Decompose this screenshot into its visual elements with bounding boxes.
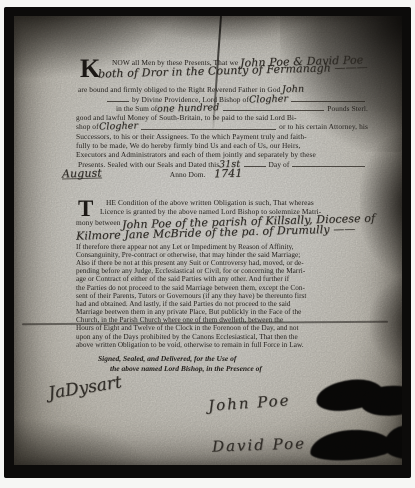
bond-line-7-print-2: or to his certain Attorney, his [279,122,368,131]
attestation-line-2: the above named Lord Bishop, in the Pres… [110,364,262,374]
age-stain-top [134,16,314,40]
bond-line-3-print: are bound and firmly obliged to the Righ… [78,85,280,94]
body-line: upon any of the Days prohibited by the C… [76,333,368,341]
pen-dash [223,110,325,111]
bond-line-7: shop of Clogher or to his certain Attorn… [76,122,368,131]
pen-dash [244,166,266,167]
bond-paragraph: K NOW all Men by these Presents, That we… [76,57,368,180]
pen-dash [292,166,365,167]
bond-line-11-print-2: Day of [269,160,290,169]
attestation-clause: Signed, Sealed, and Delivered, for the U… [98,354,262,373]
handwritten-month: August [62,168,102,179]
condition-line-1: HE Condition of the above written Obliga… [76,198,368,207]
body-line: sent of their Parents, Tutors or Governo… [76,292,368,300]
condition-paragraph: T HE Condition of the above written Obli… [76,198,368,349]
body-line: Church, in the Parish Church where one o… [76,316,368,324]
anno-dom-label: Anno Dom. [170,170,206,179]
bond-line-4: by Divine Providence, Lord Bishop of Clo… [76,95,368,104]
condition-line-3-print: mony between [76,218,121,227]
photo-black-frame: K NOW all Men by these Presents, That we… [4,7,411,478]
bond-line-8-print: Successors, to his or their Assignees. T… [76,132,307,141]
bond-line-5-print-2: Pounds Sterl. [327,104,368,113]
signature-john-poe: John Poe [207,391,291,415]
body-line: had and obtained. And lastly, if the sai… [76,300,368,308]
bond-line-5: in the Sum of one hundred Pounds Sterl. [76,104,368,113]
condition-body: If therefore there appear not any Let or… [76,243,368,349]
body-line: Hours of Eight and Twelve of the Clock i… [76,324,368,332]
bond-line-2: both of Dror in the County of Fermanagh … [76,66,368,77]
handwritten-diocese: Clogher [249,94,288,104]
bond-line-9-print: fully to be made, We do hereby firmly bi… [76,141,300,150]
bond-line-12: August Anno Dom. 1741 [76,169,368,180]
body-line: age or Contract of either of the said Pa… [76,275,368,283]
body-line: above written Obligation to be void, oth… [76,341,368,349]
body-line: Also if there be not at this present any… [76,259,368,267]
wax-seal-blob-upper [315,377,386,414]
handwritten-diocese-2: Clogher [99,122,138,132]
bond-line-7-print: shop of [76,122,99,131]
pen-dash [291,101,365,102]
bond-line-8: Successors, to his or their Assignees. T… [76,132,368,141]
condition-line-1-print: HE Condition of the above written Obliga… [106,198,314,207]
pen-dash [141,129,276,130]
attestation-line-1: Signed, Sealed, and Delivered, for the U… [98,354,262,364]
wax-seal-blob-lower [309,428,394,462]
photo-of-marriage-bond-document: K NOW all Men by these Presents, That we… [0,0,415,488]
witness-signature: JaDysart [47,372,123,403]
condition-line-4: Kilmore Jane McBride of the pa. of Drumu… [76,228,368,239]
signature-david-poe: David Poe [212,434,307,455]
bond-line-10-print: Executors and Administrators and each of… [76,150,316,159]
bond-line-5-print: in the Sum of [116,104,157,113]
bond-line-3: are bound and firmly obliged to the Righ… [76,85,368,94]
body-line: Marriage beetwen them in any private Pla… [76,308,368,316]
body-line: the Parties do not proceed to the said M… [76,284,368,292]
age-stain-bottom-left [14,419,152,465]
body-line: If therefore there appear not any Let or… [76,243,368,251]
bond-line-9: fully to be made, We do hereby firmly bi… [76,141,368,150]
body-line: pending before any Judge, Ecclesiastical… [76,267,368,275]
pen-dash [107,101,129,102]
age-stain-right-lower [370,278,402,368]
body-line: Consanguinity, Pre-contract or otherwise… [76,251,368,259]
handwritten-year: 1741 [213,169,242,179]
document-paper: K NOW all Men by these Presents, That we… [14,16,402,465]
